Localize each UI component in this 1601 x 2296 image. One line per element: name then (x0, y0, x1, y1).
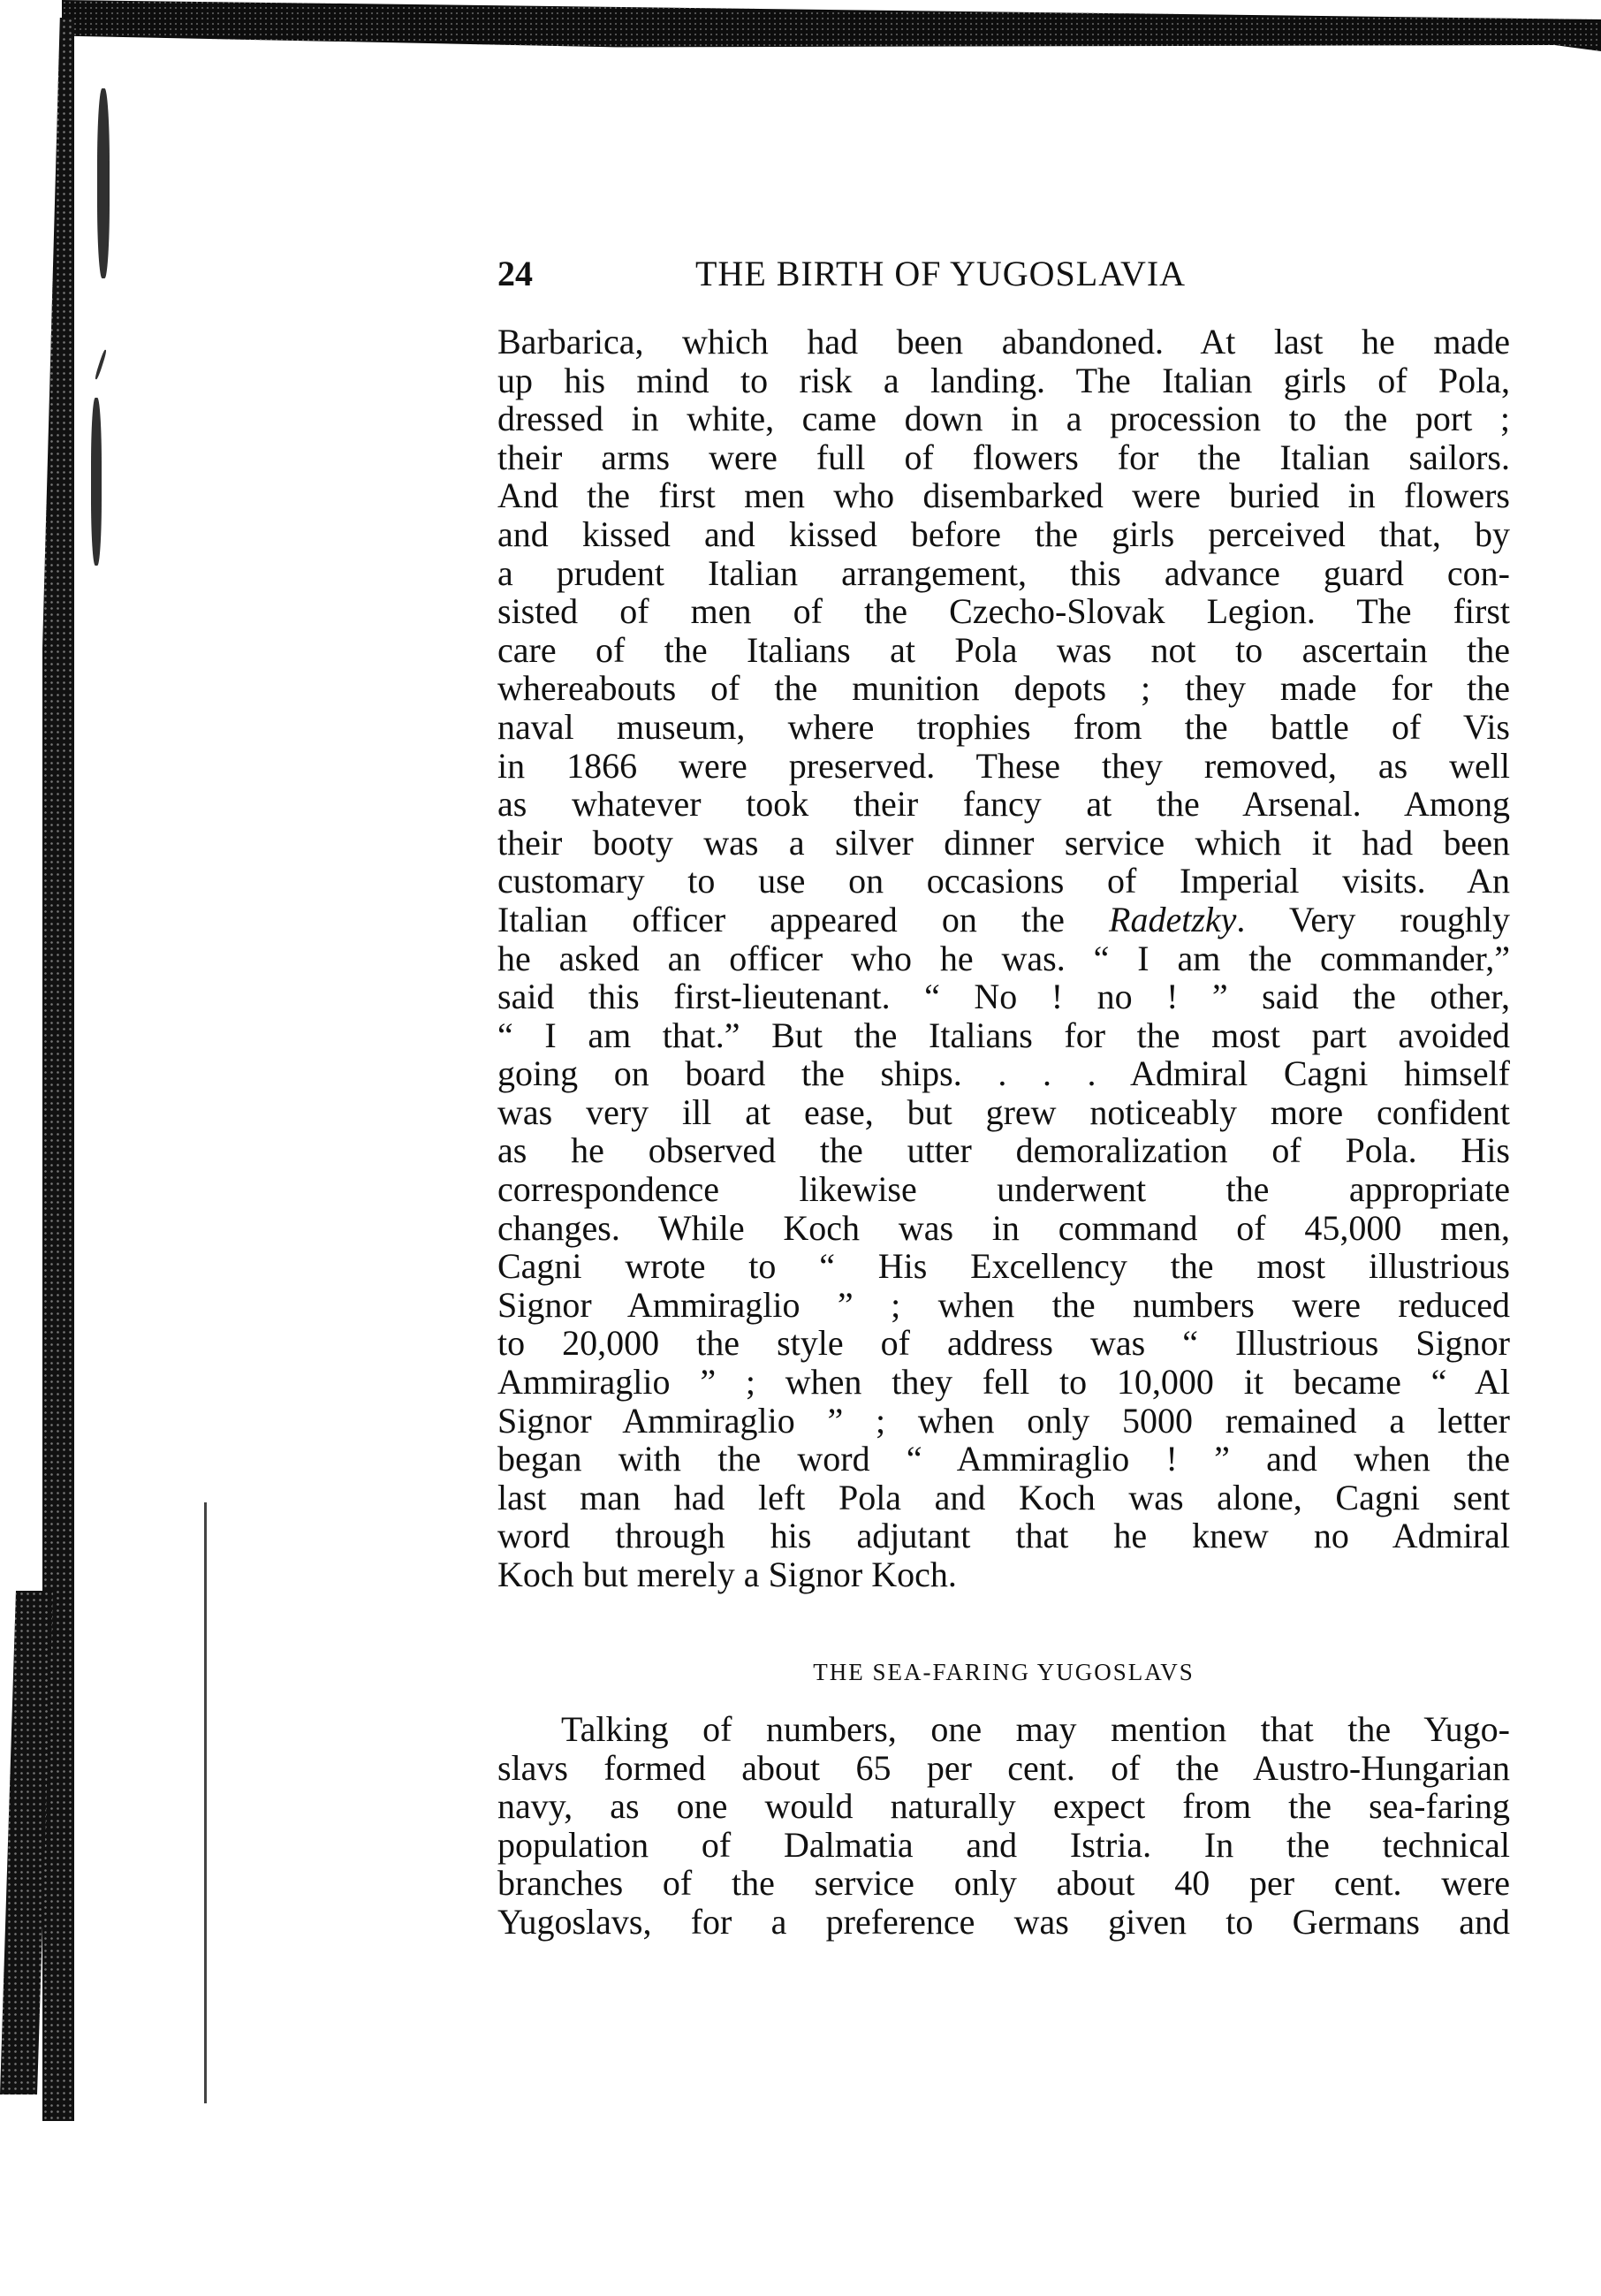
text-line: as he observed the utter demoralization … (497, 1131, 1510, 1170)
text-line: dressed in white, came down in a process… (497, 399, 1510, 438)
text-line: their booty was a silver dinner service … (497, 824, 1510, 863)
scan-mark (95, 349, 108, 380)
text-line: their arms were full of flowers for the … (497, 438, 1510, 477)
text-line: Barbarica, which had been abandoned. At … (497, 323, 1510, 361)
text-line: Cagni wrote to “ His Excellency the most… (497, 1247, 1510, 1286)
text-line-with-ship-name: Italian officer appeared on the Radetzky… (497, 901, 1510, 939)
text-line-last: Koch but merely a Signor Koch. (497, 1555, 1510, 1594)
running-head: 24 THE BIRTH OF YUGOSLAVIA (497, 247, 1510, 300)
ship-name: Radetzky (1109, 900, 1236, 939)
text-line: care of the Italians at Pola was not to … (497, 631, 1510, 670)
text-line: “ I am that.” But the Italians for the m… (497, 1016, 1510, 1055)
text-line: began with the word “ Ammiraglio ! ” and… (497, 1440, 1510, 1479)
text-fragment: Italian officer appeared on the (497, 900, 1109, 939)
text-line: slavs formed about 65 per cent. of the A… (497, 1749, 1510, 1788)
text-line: was very ill at ease, but grew noticeabl… (497, 1093, 1510, 1132)
text-line: last man had left Pola and Koch was alon… (497, 1479, 1510, 1517)
section-heading: THE SEA-FARING YUGOSLAVS (497, 1654, 1510, 1690)
text-line: to 20,000 the style of address was “ Ill… (497, 1324, 1510, 1363)
text-line: Yugoslavs, for a preference was given to… (497, 1903, 1510, 1942)
text-line: correspondence likewise underwent the ap… (497, 1170, 1510, 1209)
text-line: going on board the ships. . . . Admiral … (497, 1054, 1510, 1093)
text-line: a prudent Italian arrangement, this adva… (497, 554, 1510, 593)
text-line: customary to use on occasions of Imperia… (497, 862, 1510, 901)
scan-binding-shadow (42, 18, 74, 2121)
text-line: in 1866 were preserved. These they remov… (497, 747, 1510, 786)
running-title: THE BIRTH OF YUGOSLAVIA (695, 247, 1186, 300)
page-number: 24 (497, 247, 533, 300)
text-line: up his mind to risk a landing. The Itali… (497, 361, 1510, 400)
text-line: navy, as one would naturally expect from… (497, 1787, 1510, 1826)
text-line: and kissed and kissed before the girls p… (497, 515, 1510, 554)
scan-gutter-line (204, 1502, 207, 2103)
text-line: he asked an officer who he was. “ I am t… (497, 939, 1510, 978)
text-line: naval museum, where trophies from the ba… (497, 708, 1510, 747)
text-line: changes. While Koch was in command of 45… (497, 1209, 1510, 1248)
scan-top-shadow (62, 0, 1601, 51)
text-line: Signor Ammiraglio ” ; when the numbers w… (497, 1286, 1510, 1325)
text-fragment: . Very roughly (1236, 900, 1510, 939)
paragraph-continued: Barbarica, which had been abandoned. At … (497, 323, 1510, 1594)
text-line-indented: Talking of numbers, one may mention that… (497, 1710, 1510, 1749)
text-line: Ammiraglio ” ; when they fell to 10,000 … (497, 1363, 1510, 1402)
text-line: branches of the service only about 40 pe… (497, 1864, 1510, 1903)
scan-streak (97, 88, 110, 278)
paragraph-sea-faring: Talking of numbers, one may mention that… (497, 1710, 1510, 1942)
text-line: whereabouts of the munition depots ; the… (497, 669, 1510, 708)
text-line: word through his adjutant that he knew n… (497, 1517, 1510, 1555)
text-line: as whatever took their fancy at the Arse… (497, 785, 1510, 824)
text-line: sisted of men of the Czecho-Slovak Legio… (497, 592, 1510, 631)
text-line: And the first men who disembarked were b… (497, 476, 1510, 515)
text-line: population of Dalmatia and Istria. In th… (497, 1826, 1510, 1865)
text-line: Signor Ammiraglio ” ; when only 5000 rem… (497, 1402, 1510, 1441)
text-line: said this first-lieutenant. “ No ! no ! … (497, 977, 1510, 1016)
scan-streak (91, 398, 102, 566)
